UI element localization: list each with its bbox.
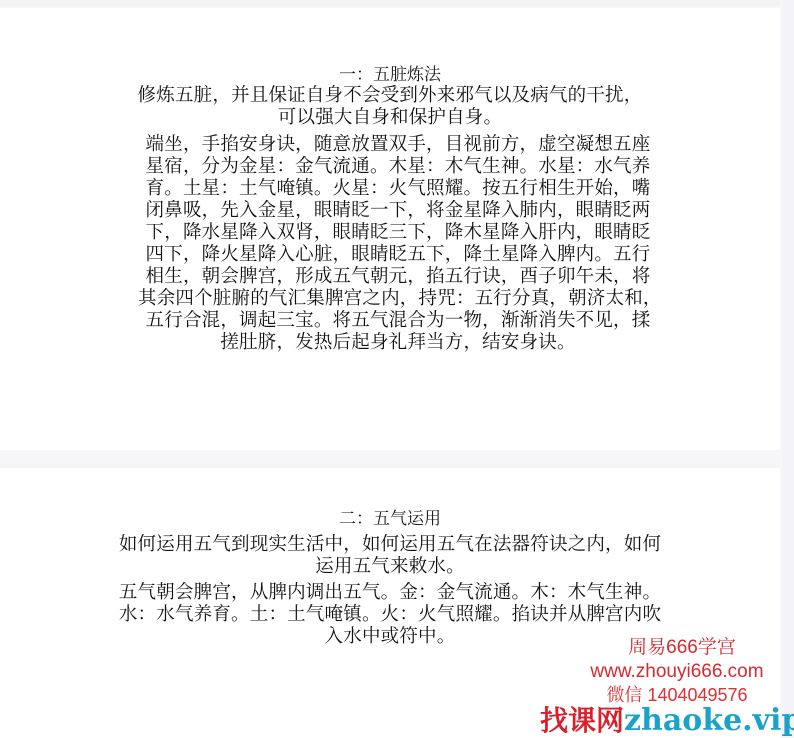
intro-line: 可以强大自身和保护自身。 (0, 107, 780, 129)
body-line: 闭鼻吸，先入金星，眼睛眨一下，将金星降入肺内，眼睛眨两 (138, 200, 658, 222)
watermark-name: 周易666学宫 (570, 636, 794, 660)
card-divider (0, 450, 780, 468)
body-line: 五行合混，调起三宝。将五气混合为一物，渐渐消失不见，揉 (138, 310, 658, 332)
scroll-rail[interactable] (782, 0, 794, 738)
body-line: 搓肚脐，发热后起身礼拜当方，结安身诀。 (138, 332, 658, 354)
watermark-brand-cn: 找课网 (540, 704, 624, 737)
intro-line: 运用五气来敕水。 (0, 556, 780, 578)
body-line: 相生，朝会脾宫，形成五气朝元，掐五行诀，酉子卯午未，将 (138, 266, 658, 288)
section-2-heading: 二：五气运用 (0, 504, 780, 529)
section-2-intro: 如何运用五气到现实生活中，如何运用五气在法器符诀之内，如何 运用五气来敕水。 (0, 534, 780, 578)
body-line: 端坐，手掐安身诀，随意放置双手，目视前方，虚空凝想五座 (138, 134, 658, 156)
intro-line: 如何运用五气到现实生活中，如何运用五气在法器符诀之内，如何 (0, 534, 780, 556)
body-line: 四下，降火星降入心脏，眼睛眨五下，降土星降入脾内。五行 (138, 244, 658, 266)
body-line: 下，降水星降入双肾，眼睛眨三下，降木星降入肝内，眼睛眨 (138, 222, 658, 244)
body-line: 育。土星：土气唵镇。火星：火气照耀。按五行相生开始，嘴 (138, 178, 658, 200)
watermark-url: www.zhouyi666.com (560, 660, 794, 684)
watermark-brand-en: zhaoke.vip (624, 703, 794, 738)
section-1-intro: 修炼五脏，并且保证自身不会受到外来邪气以及病气的干扰， 可以强大自身和保护自身。 (0, 85, 780, 129)
body-line: 五气朝会脾宫，从脾内调出五气。金：金气流通。木：木气生神。 (0, 582, 780, 604)
section-1-heading: 一：五脏炼法 (0, 60, 780, 85)
section-card-1: 一：五脏炼法 修炼五脏，并且保证自身不会受到外来邪气以及病气的干扰， 可以强大自… (0, 8, 780, 450)
watermark-brand: 找课网zhaoke.vip (540, 704, 794, 738)
body-line: 星宿，分为金星：金气流通。木星：木气生神。水星：水气养 (138, 156, 658, 178)
top-strip (0, 0, 780, 6)
section-1-body: 端坐，手掐安身诀，随意放置双手，目视前方，虚空凝想五座 星宿，分为金星：金气流通… (138, 134, 658, 354)
intro-line: 修炼五脏，并且保证自身不会受到外来邪气以及病气的干扰， (0, 85, 780, 107)
body-line: 其余四个脏腑的气汇集脾宫之内，持咒：五行分真，朝济太和， (138, 288, 658, 310)
body-line: 水：水气养育。土：土气唵镇。火：火气照耀。掐诀并从脾宫内吹 (0, 604, 780, 626)
watermark: 周易666学宫 www.zhouyi666.com 微信 1404049576 … (540, 636, 794, 706)
